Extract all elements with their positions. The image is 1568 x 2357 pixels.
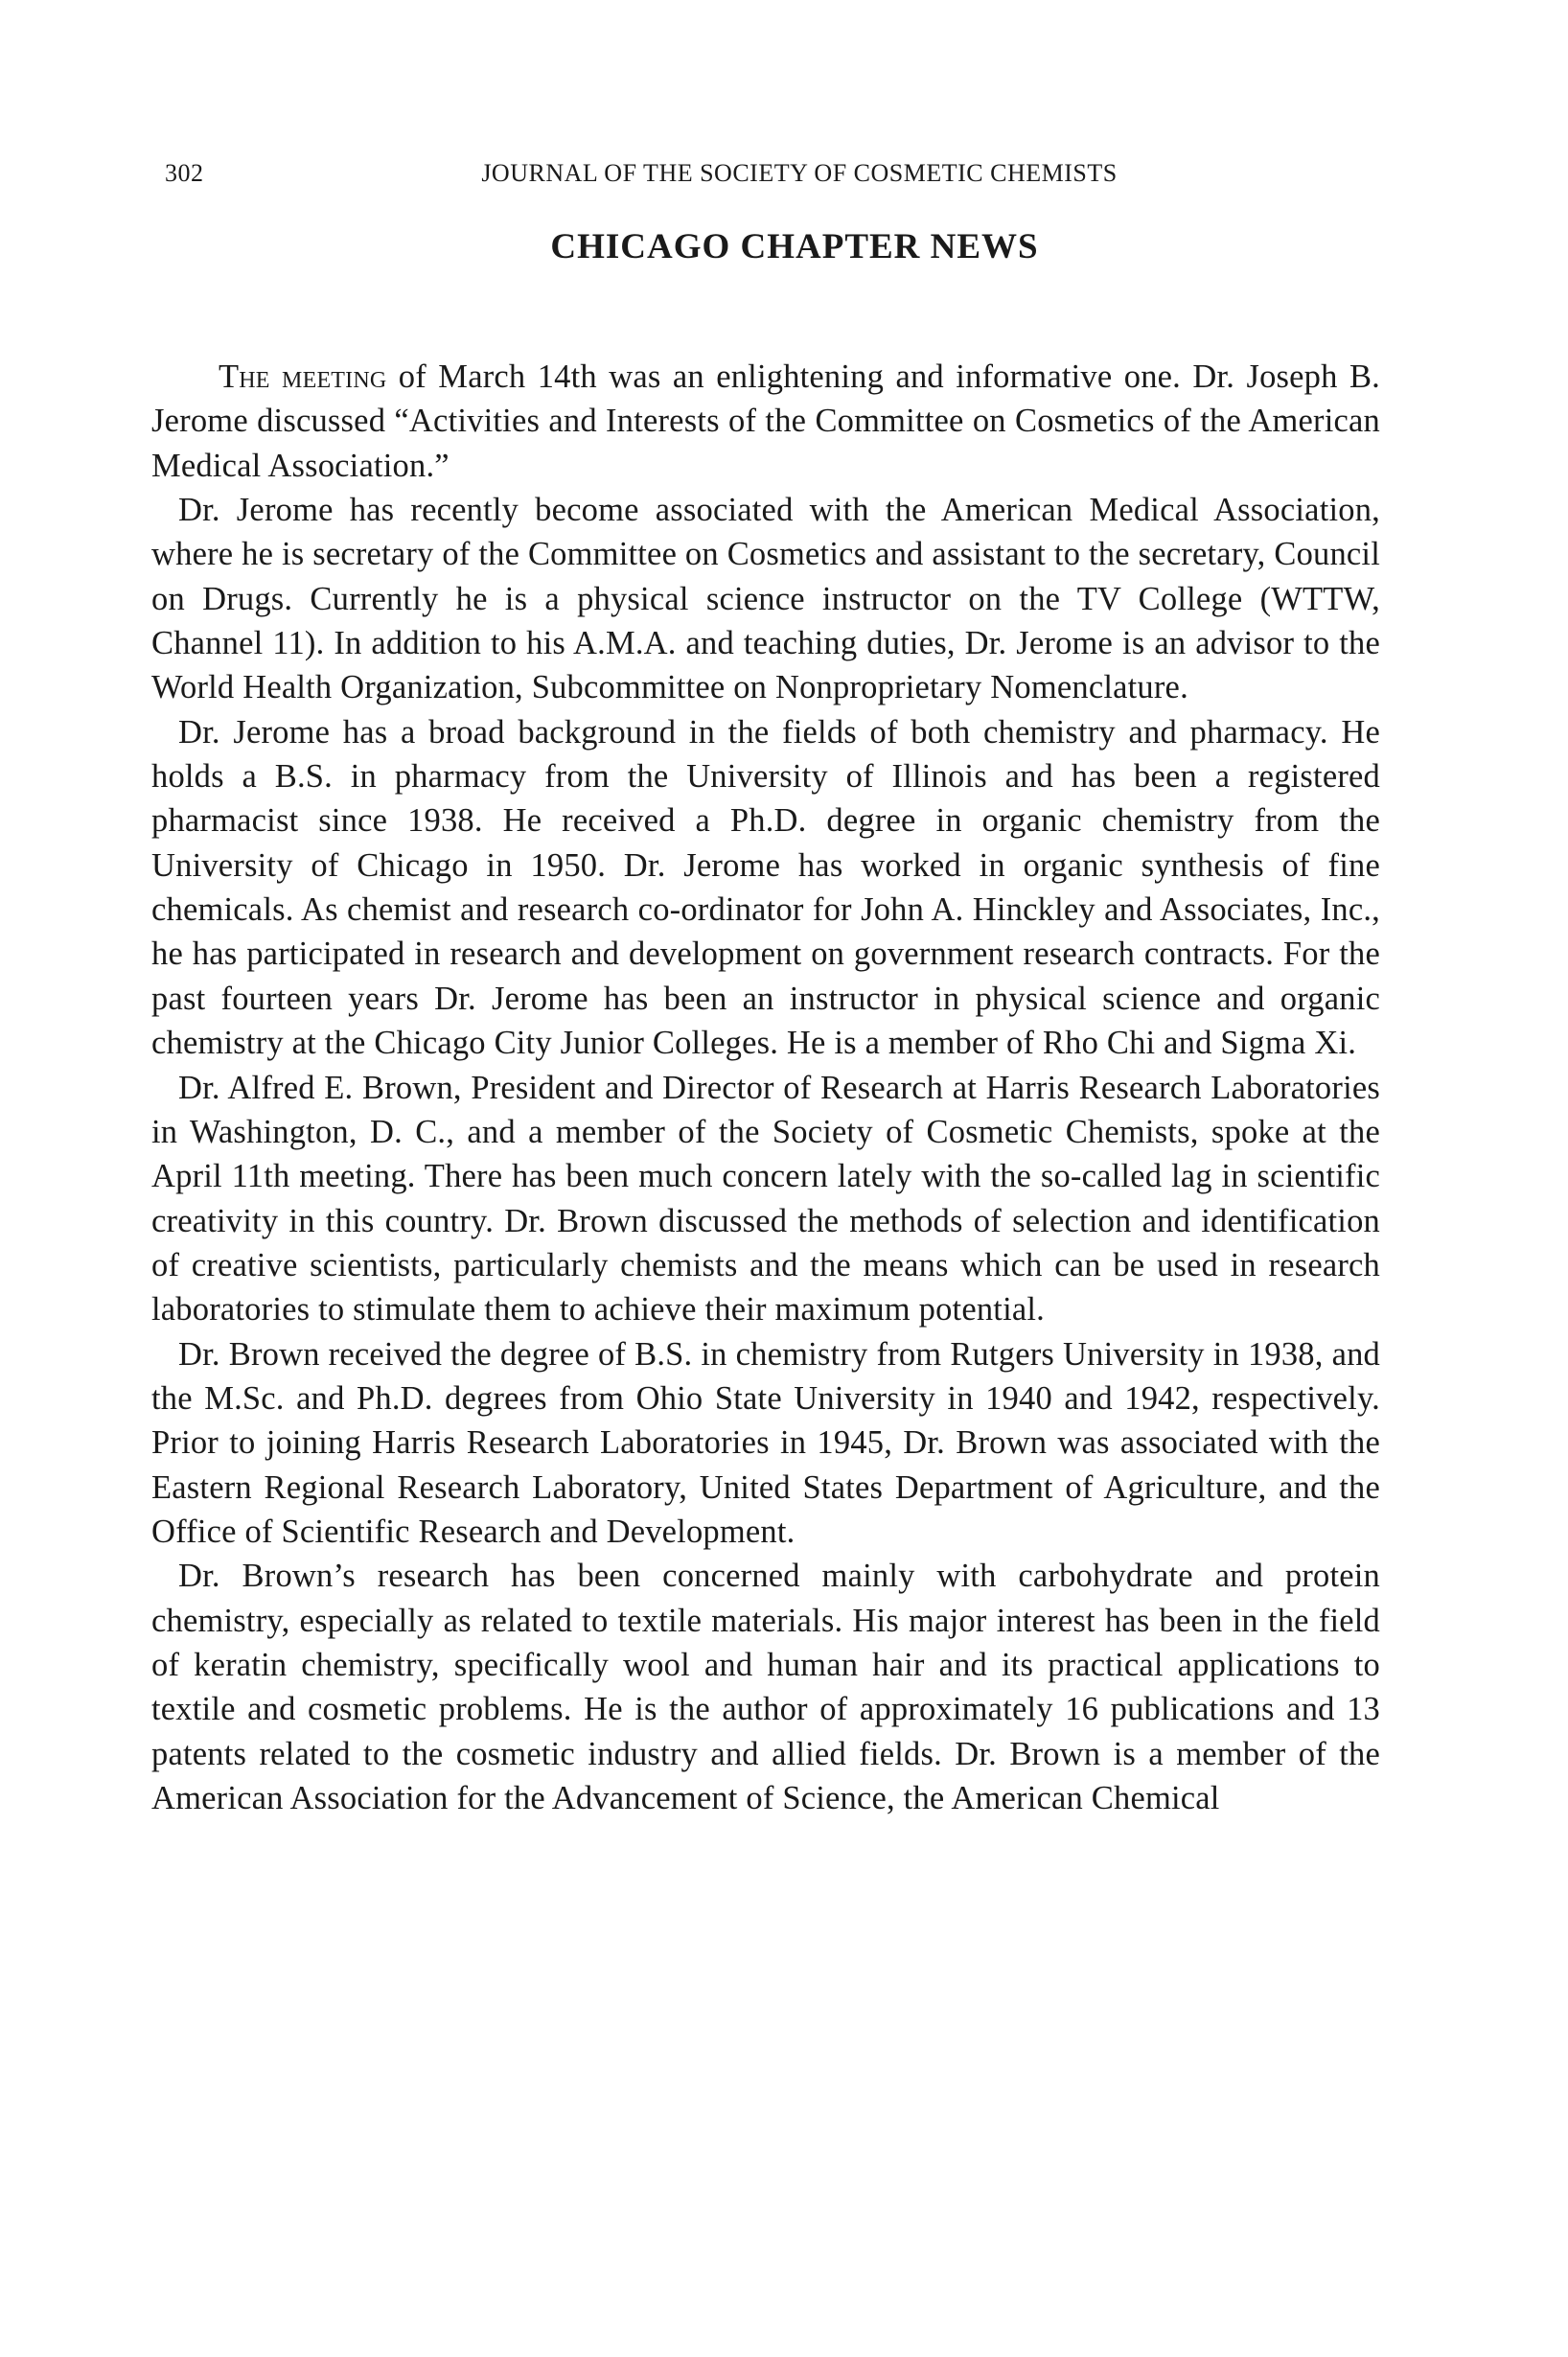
- lead-in: The meeting: [219, 358, 386, 395]
- paragraph-5: Dr. Brown received the degree of B.S. in…: [151, 1332, 1380, 1555]
- paragraph-6: Dr. Brown’s research has been concerned …: [151, 1554, 1380, 1820]
- article-title: CHICAGO CHAPTER NEWS: [151, 226, 1380, 267]
- article-body: The meeting of March 14th was an enlight…: [151, 355, 1380, 1820]
- paragraph-4: Dr. Alfred E. Brown, President and Direc…: [151, 1066, 1380, 1332]
- paragraph-2: Dr. Jerome has recently become associate…: [151, 488, 1380, 710]
- journal-title: JOURNAL OF THE SOCIETY OF COSMETIC CHEMI…: [151, 159, 1380, 188]
- running-head: 302 JOURNAL OF THE SOCIETY OF COSMETIC C…: [151, 159, 1380, 197]
- paragraph-1: The meeting of March 14th was an enlight…: [151, 355, 1380, 488]
- paragraph-3: Dr. Jerome has a broad background in the…: [151, 710, 1380, 1066]
